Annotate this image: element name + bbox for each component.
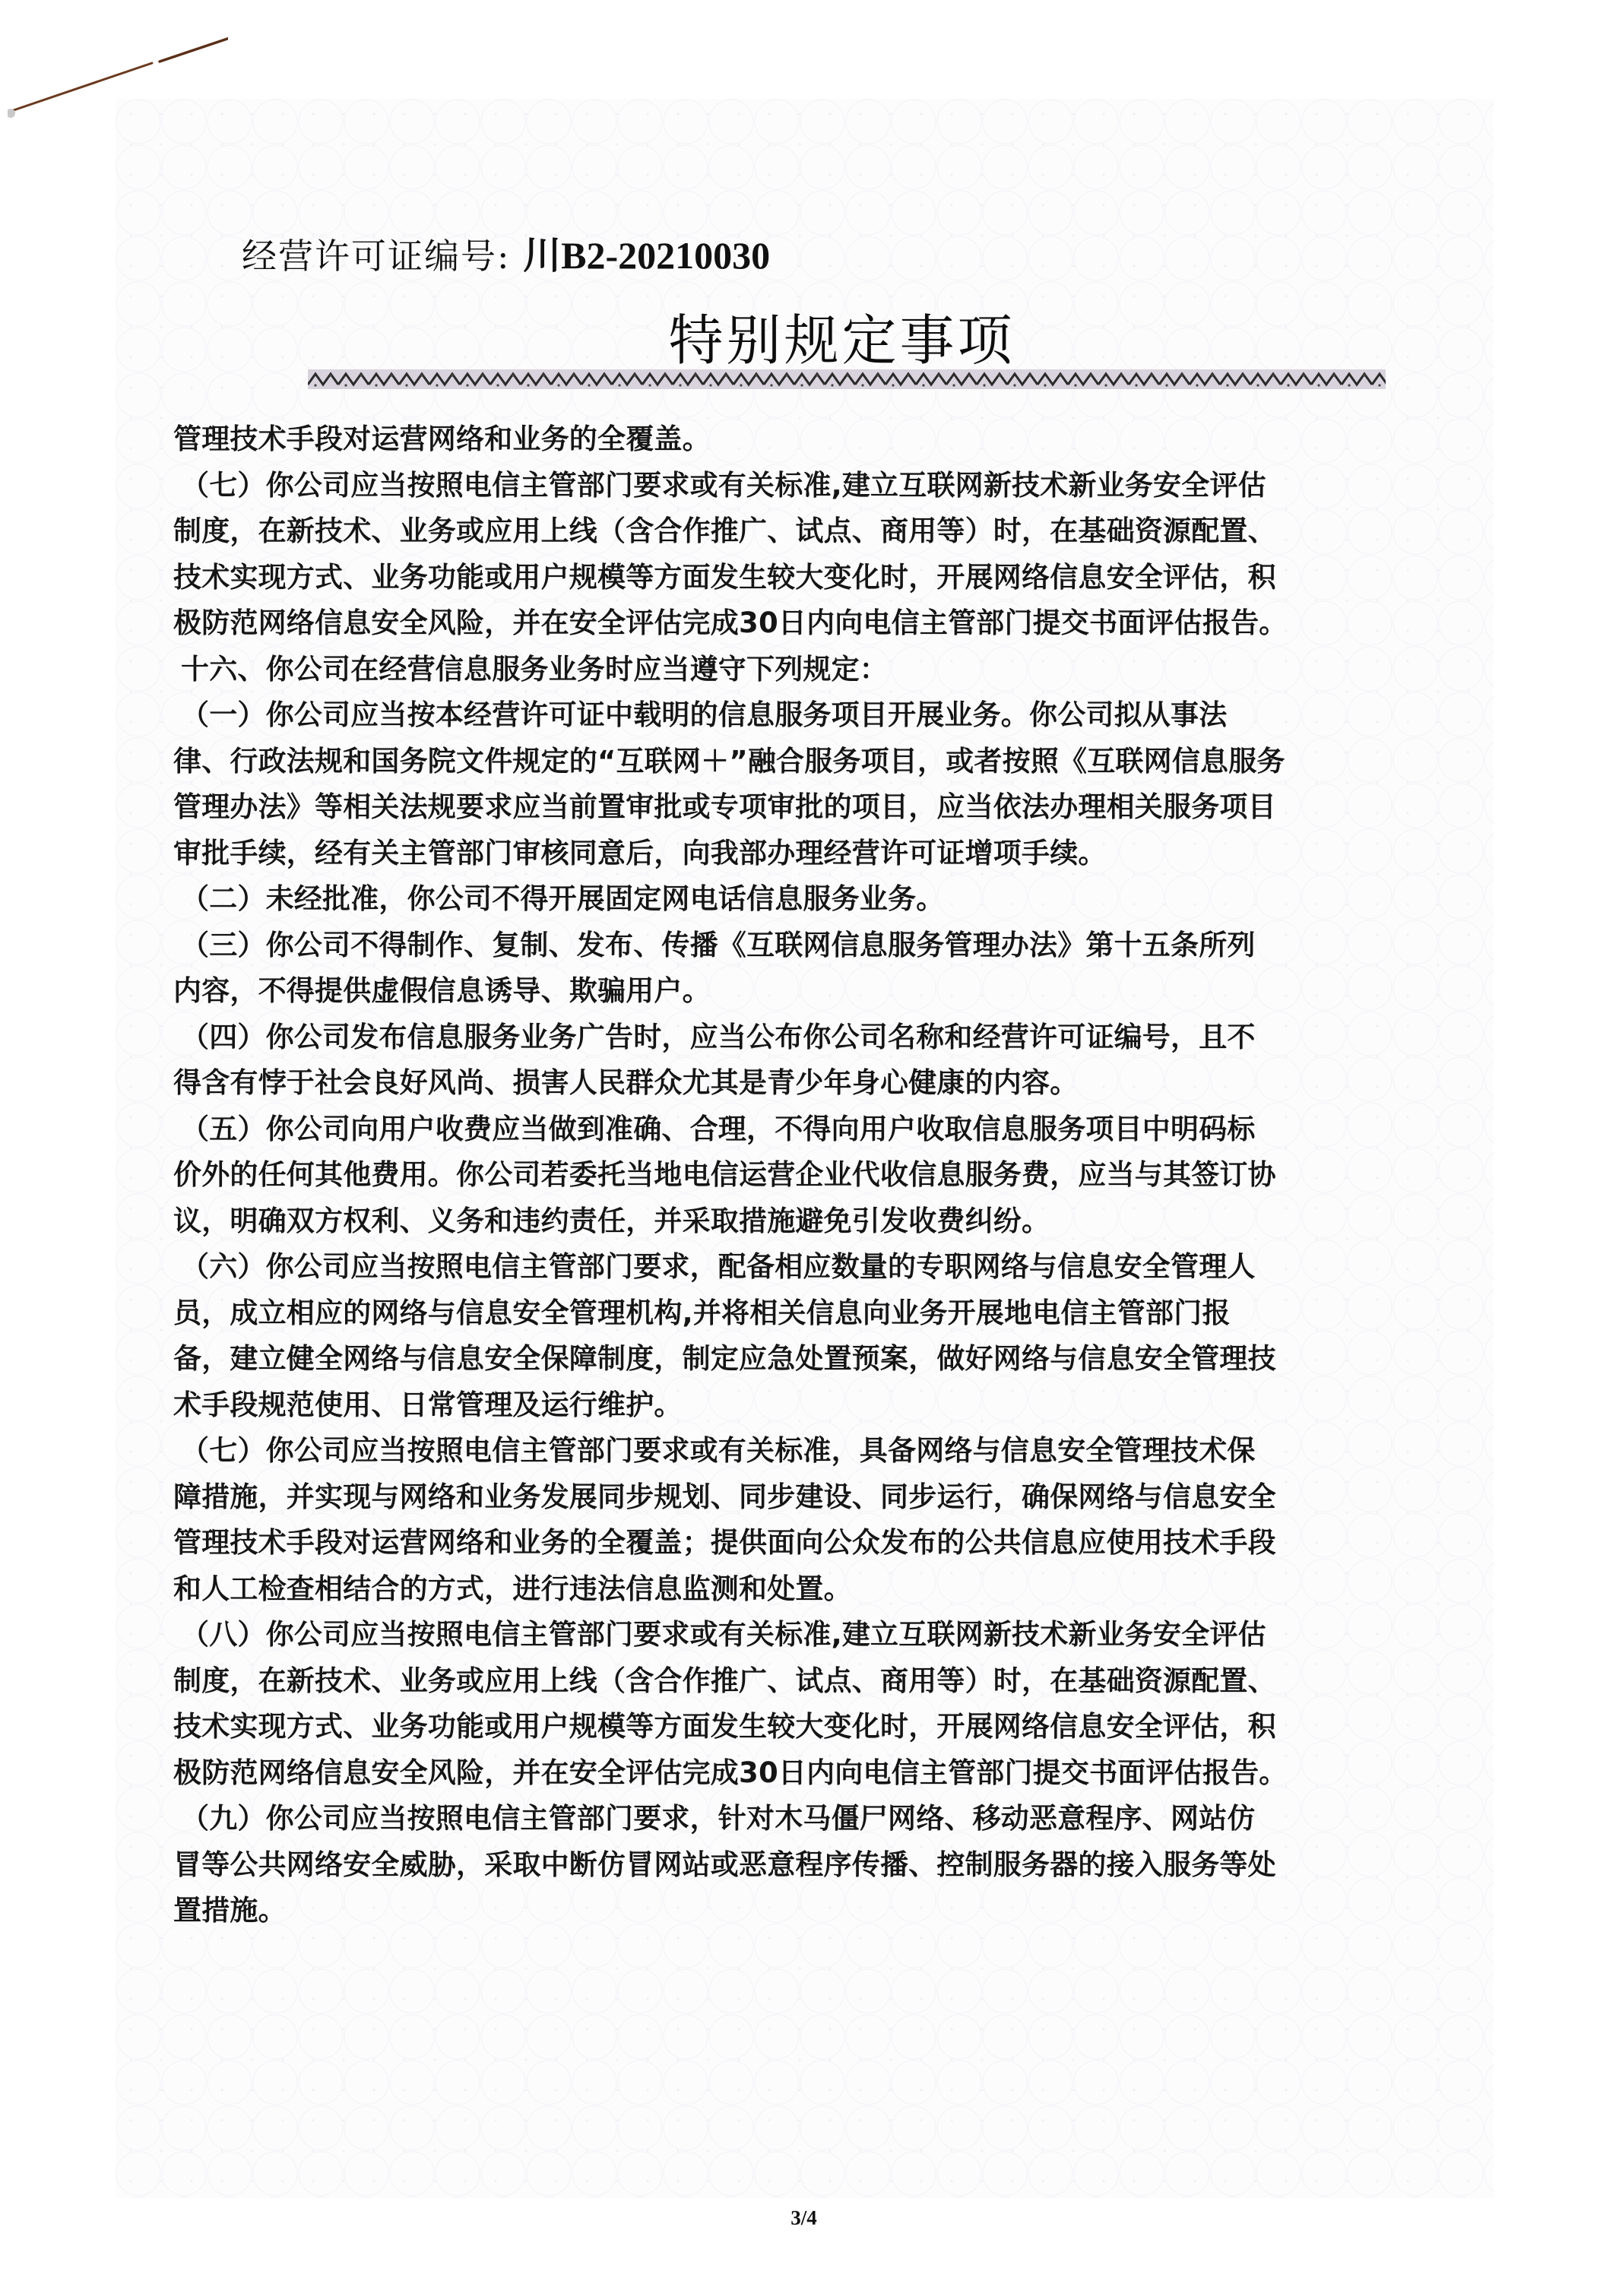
license-label: 经营许可证编号: <box>242 236 511 277</box>
text-line: 技术实现方式、业务功能或用户规模等方面发生较大变化时，开展网络信息安全评估，积 <box>173 1704 1435 1750</box>
text-line: 术手段规范使用、日常管理及运行维护。 <box>173 1382 1435 1429</box>
text-line: 审批手续，经有关主管部门审核同意后，向我部办理经营许可证增项手续。 <box>173 831 1435 877</box>
text-line: 制度，在新技术、业务或应用上线（含合作推广、试点、商用等）时，在基础资源配置、 <box>173 1658 1435 1705</box>
document-title: 特别规定事项 <box>0 296 1600 375</box>
wave-divider <box>308 369 1386 389</box>
text-line: 和人工检查相结合的方式，进行违法信息监测和处置。 <box>173 1566 1435 1613</box>
text-line: （九）你公司应当按照电信主管部门要求，针对木马僵尸网络、移动恶意程序、网站仿 <box>173 1796 1435 1842</box>
text-line: 管理技术手段对运营网络和业务的全覆盖；提供面向公众发布的公共信息应使用技术手段 <box>173 1520 1435 1566</box>
text-line: 置措施。 <box>173 1888 1435 1934</box>
text-line: 管理办法》等相关法规要求应当前置审批或专项审批的项目，应当依法办理相关服务项目 <box>173 784 1435 831</box>
text-line: 冒等公共网络安全威胁，采取中断仿冒网站或恶意程序传播、控制服务器的接入服务等处 <box>173 1842 1435 1889</box>
text-line: 得含有悖于社会良好风尚、损害人民群众尤其是青少年身心健康的内容。 <box>173 1060 1435 1107</box>
license-number: 川B2-20210030 <box>523 234 770 277</box>
text-line: （四）你公司发布信息服务业务广告时，应当公布你公司名称和经营许可证编号，且不 <box>173 1015 1435 1061</box>
text-line: （三）你公司不得制作、复制、发布、传播《互联网信息服务管理办法》第十五条所列 <box>173 923 1435 969</box>
text-line: 内容，不得提供虚假信息诱导、欺骗用户。 <box>173 968 1435 1015</box>
text-line: 备，建立健全网络与信息安全保障制度，制定应急处置预案，做好网络与信息安全管理技 <box>173 1336 1435 1382</box>
license-number-heading: 经营许可证编号: 川B2-20210030 <box>242 225 770 280</box>
page-number: 3/4 <box>0 2206 1600 2230</box>
text-line: （七）你公司应当按照电信主管部门要求或有关标准,建立互联网新技术新业务安全评估 <box>173 463 1435 509</box>
document-body: 管理技术手段对运营网络和业务的全覆盖。（七）你公司应当按照电信主管部门要求或有关… <box>173 416 1435 1934</box>
text-line: 技术实现方式、业务功能或用户规模等方面发生较大变化时，开展网络信息安全评估，积 <box>173 555 1435 601</box>
text-line: 制度，在新技术、业务或应用上线（含合作推广、试点、商用等）时，在基础资源配置、 <box>173 508 1435 555</box>
text-line: （二）未经批准，你公司不得开展固定网电话信息服务业务。 <box>173 876 1435 923</box>
text-line: （七）你公司应当按照电信主管部门要求或有关标准，具备网络与信息安全管理技术保 <box>173 1428 1435 1474</box>
text-line: 价外的任何其他费用。你公司若委托当地电信运营企业代收信息服务费，应当与其签订协 <box>173 1152 1435 1199</box>
text-line: 极防范网络信息安全风险，并在安全评估完成30日内向电信主管部门提交书面评估报告。 <box>173 1750 1435 1797</box>
text-line: 障措施，并实现与网络和业务发展同步规划、同步建设、同步运行，确保网络与信息安全 <box>173 1474 1435 1521</box>
text-line: 议，明确双方权利、义务和违约责任，并采取措施避免引发收费纠纷。 <box>173 1199 1435 1245</box>
text-line: （五）你公司向用户收费应当做到准确、合理，不得向用户收取信息服务项目中明码标 <box>173 1107 1435 1153</box>
text-line: 极防范网络信息安全风险，并在安全评估完成30日内向电信主管部门提交书面评估报告。 <box>173 600 1435 647</box>
text-line: 员，成立相应的网络与信息安全管理机构,并将相关信息向业务开展地电信主管部门报 <box>173 1291 1435 1337</box>
text-line: （六）你公司应当按照电信主管部门要求，配备相应数量的专职网络与信息安全管理人 <box>173 1244 1435 1291</box>
text-line: 十六、你公司在经营信息服务业务时应当遵守下列规定： <box>173 647 1435 693</box>
text-line: （一）你公司应当按本经营许可证中载明的信息服务项目开展业务。你公司拟从事法 <box>173 692 1435 739</box>
text-line: （八）你公司应当按照电信主管部门要求或有关标准,建立互联网新技术新业务安全评估 <box>173 1612 1435 1658</box>
text-line: 管理技术手段对运营网络和业务的全覆盖。 <box>173 416 1435 463</box>
text-line: 律、行政法规和国务院文件规定的“互联网＋”融合服务项目，或者按照《互联网信息服务 <box>173 739 1435 785</box>
